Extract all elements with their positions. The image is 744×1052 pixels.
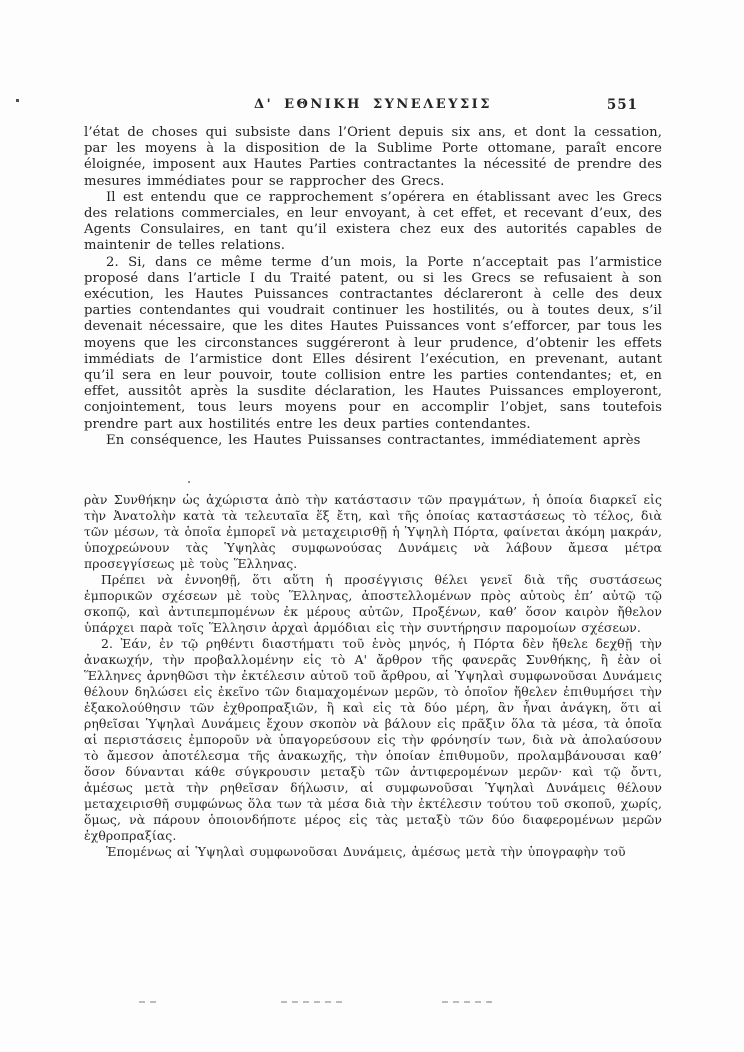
scan-speck: [16, 99, 19, 102]
french-paragraph: En conséquence, les Hautes Puissanses co…: [84, 433, 662, 449]
greek-paragraph-article-2: 2. Ἐάν, ἐν τῷ ρηθέντι διαστήματι τοῦ ἑνὸ…: [84, 636, 662, 844]
greek-paragraph: Πρέπει νὰ ἐννοηθῇ, ὅτι αὕτη ἡ προσέγγισι…: [84, 572, 662, 636]
french-paragraph-article-2: 2. Si, dans ce même terme d’un mois, la …: [84, 255, 662, 433]
scan-artifact-dashes: [442, 1001, 492, 1003]
running-title: Δ' ΕΘΝΙΚΗ ΣΥΝΕΛΕΥΣΙΣ: [84, 97, 662, 112]
scan-artifact-dot: [488, 1001, 491, 1003]
scan-artifact-dashes: [281, 1001, 347, 1003]
scan-artifact-dashes: [139, 1001, 159, 1003]
running-header: Δ' ΕΘΝΙΚΗ ΣΥΝΕΛΕΥΣΙΣ 551: [84, 97, 662, 114]
greek-paragraph: Ἑπομένως αἱ Ὑψηλαὶ συμφωνοῦσαι Δυνάμεις,…: [84, 844, 662, 860]
french-paragraph-continuation: l’état de choses qui subsiste dans l’Ori…: [84, 125, 662, 190]
page-number: 551: [607, 97, 638, 113]
greek-text-section: ρὰν Συνθήκην ὡς ἀχώριστα ἀπὸ τὴν κατάστα…: [84, 492, 662, 860]
greek-paragraph-continuation: ρὰν Συνθήκην ὡς ἀχώριστα ἀπὸ τὴν κατάστα…: [84, 492, 662, 572]
french-text-section: l’état de choses qui subsiste dans l’Ori…: [84, 125, 662, 449]
french-paragraph: Il est entendu que ce rapprochement s’op…: [84, 190, 662, 255]
scan-speck: [188, 481, 190, 483]
scanned-book-page: Δ' ΕΘΝΙΚΗ ΣΥΝΕΛΕΥΣΙΣ 551 l’état de chose…: [0, 0, 744, 1052]
